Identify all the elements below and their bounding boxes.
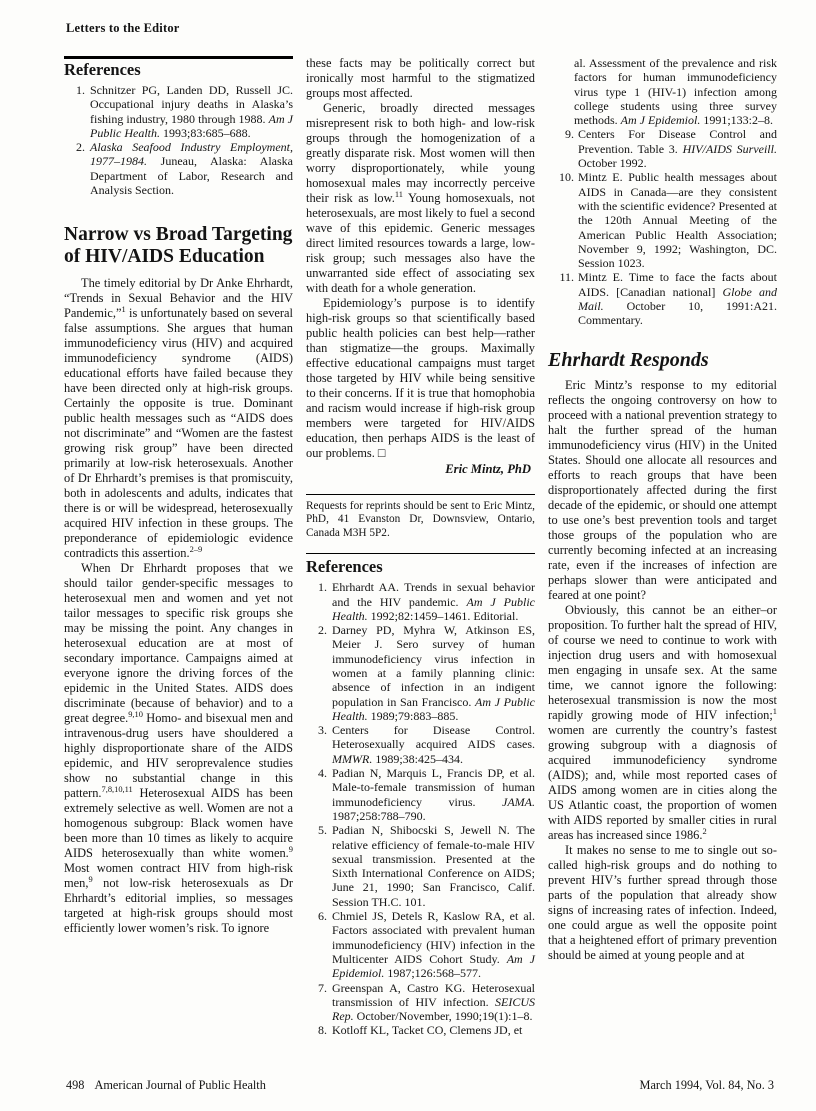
letter-paragraph: When Dr Ehrhardt proposes that we should…	[64, 561, 293, 936]
letter-paragraph-continuation: these facts may be politically correct b…	[306, 56, 535, 101]
ref-text: Ehrhardt AA. Trends in sexual behavior a…	[332, 580, 535, 623]
ref-text: Greenspan A, Castro KG. Heterosexual tra…	[332, 981, 535, 1024]
response-paragraph: Eric Mintz’s response to my editorial re…	[548, 378, 777, 603]
ref-number: 2.	[306, 623, 332, 723]
reference-item: 7. Greenspan A, Castro KG. Heterosexual …	[306, 981, 535, 1024]
ref-text: Padian N, Marquis L, Francis DP, et al. …	[332, 766, 535, 823]
reference-item: 9. Centers For Disease Control and Preve…	[548, 127, 777, 170]
reference-item: 2. Darney PD, Myhra W, Atkinson ES, Meie…	[306, 623, 535, 723]
left-column: References 1. Schnitzer PG, Landen DD, R…	[64, 56, 293, 1038]
ref-number: 8.	[306, 1023, 332, 1037]
ref-number: 9.	[548, 127, 578, 170]
ref-text: Darney PD, Myhra W, Atkinson ES, Meier J…	[332, 623, 535, 723]
ref-number: 7.	[306, 981, 332, 1024]
reference-item: 1. Ehrhardt AA. Trends in sexual behavio…	[306, 580, 535, 623]
letter-paragraph: Epidemiology’s purpose is to identify hi…	[306, 296, 535, 461]
ref-number: 5.	[306, 823, 332, 909]
ref-text: Chmiel JS, Detels R, Kaslow RA, et al. F…	[332, 909, 535, 980]
reference-item: 4. Padian N, Marquis L, Francis DP, et a…	[306, 766, 535, 823]
reference-list: 9. Centers For Disease Control and Preve…	[548, 127, 777, 327]
reference-item: 1. Schnitzer PG, Landen DD, Russell JC. …	[64, 83, 293, 140]
section-rule	[64, 56, 293, 59]
ref-number: 2.	[64, 140, 90, 197]
reference-item: 11. Mintz E. Time to face the facts abou…	[548, 270, 777, 327]
ref-text: Centers for Disease Control. Heterosexua…	[332, 723, 535, 766]
footer-left: 498American Journal of Public Health	[66, 1078, 276, 1093]
ref-text: Padian N, Shibocski S, Jewell N. The rel…	[332, 823, 535, 909]
middle-column: these facts may be politically correct b…	[306, 56, 535, 1038]
ref-text: Alaska Seafood Industry Employment, 1977…	[90, 140, 293, 197]
ref-text: Kotloff KL, Tacket CO, Clemens JD, et	[332, 1023, 535, 1037]
page-footer: 498American Journal of Public Health Mar…	[66, 1078, 774, 1093]
ref-text: Mintz E. Time to face the facts about AI…	[578, 270, 777, 327]
letter-paragraph: The timely editorial by Dr Anke Ehrhardt…	[64, 276, 293, 561]
ref-number: 1.	[64, 83, 90, 140]
letter-paragraph: Generic, broadly directed messages misre…	[306, 101, 535, 296]
reference-list: 1. Ehrhardt AA. Trends in sexual behavio…	[306, 580, 535, 1038]
reference-item: 6. Chmiel JS, Detels R, Kaslow RA, et al…	[306, 909, 535, 980]
reference-list: 1. Schnitzer PG, Landen DD, Russell JC. …	[64, 83, 293, 197]
reference-item: 10. Mintz E. Public health messages abou…	[548, 170, 777, 270]
response-paragraph: It makes no sense to me to single out so…	[548, 843, 777, 963]
ref-text: Centers For Disease Control and Preventi…	[578, 127, 777, 170]
footer-issue-info: March 1994, Vol. 84, No. 3	[640, 1078, 774, 1093]
reference-item: 3. Centers for Disease Control. Heterose…	[306, 723, 535, 766]
ref-text: Mintz E. Public health messages about AI…	[578, 170, 777, 270]
ref-number: 3.	[306, 723, 332, 766]
ref-number: 1.	[306, 580, 332, 623]
response-title: Ehrhardt Responds	[548, 349, 777, 371]
ref-number: 6.	[306, 909, 332, 980]
ref-text: Schnitzer PG, Landen DD, Russell JC. Occ…	[90, 83, 293, 140]
reprint-note: Requests for reprints should be sent to …	[306, 494, 535, 540]
ref-number: 10.	[548, 170, 578, 270]
journal-page: Letters to the Editor References 1. Schn…	[0, 0, 816, 1111]
references-heading: References	[306, 557, 535, 577]
references-block: References 1. Ehrhardt AA. Trends in sex…	[306, 553, 535, 1038]
running-head: Letters to the Editor	[66, 21, 180, 36]
footer-page-number: 498	[66, 1078, 84, 1092]
ref-8-continuation: al. Assessment of the prevalence and ris…	[574, 56, 777, 127]
letter-title: Narrow vs Broad Targeting of HIV/AIDS Ed…	[64, 224, 293, 267]
ref-number: 4.	[306, 766, 332, 823]
references-heading: References	[64, 60, 293, 80]
reference-item: 2. Alaska Seafood Industry Employment, 1…	[64, 140, 293, 197]
reference-item: 8. Kotloff KL, Tacket CO, Clemens JD, et	[306, 1023, 535, 1037]
footer-journal-title: American Journal of Public Health	[94, 1078, 265, 1092]
ref-number: 11.	[548, 270, 578, 327]
reference-item: 5. Padian N, Shibocski S, Jewell N. The …	[306, 823, 535, 909]
right-column: al. Assessment of the prevalence and ris…	[548, 56, 777, 1038]
letter-signature: Eric Mintz, PhD	[306, 462, 531, 477]
column-layout: References 1. Schnitzer PG, Landen DD, R…	[64, 56, 777, 1038]
response-paragraph: Obviously, this cannot be an either–or p…	[548, 603, 777, 843]
